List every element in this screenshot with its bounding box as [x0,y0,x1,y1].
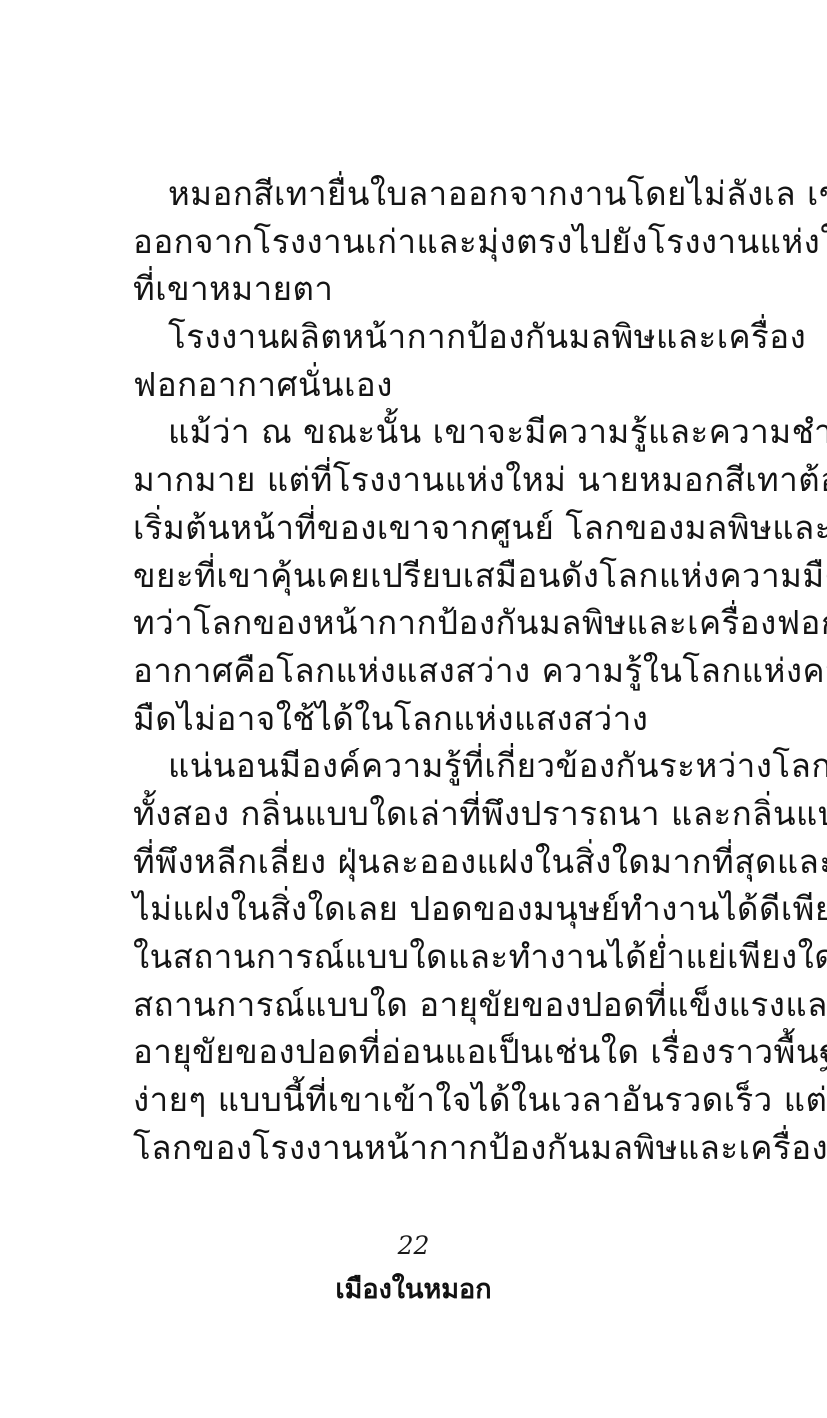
text-line: สถานการณ์แบบใด อายุขัยของปอดที่แข็งแรงแล… [133,981,703,1029]
text-line: ในสถานการณ์แบบใดและทำงานได้ย่ำแย่เพียงใด… [133,933,703,981]
text-line: ทั้งสอง กลิ่นแบบใดเล่าที่พึงปรารถนา และก… [133,790,703,838]
book-page: หมอกสีเทายื่นใบลาออกจากงานโดยไม่ลังเล เข… [0,0,827,1418]
text-line: มืดไม่อาจใช้ได้ในโลกแห่งแสงสว่าง [133,695,703,743]
paragraph: แม้ว่า ณ ขณะนั้น เขาจะมีความรู้และความชำ… [133,408,703,742]
text-line: โลกของโรงงานหน้ากากป้องกันมลพิษและเครื่อ… [133,1124,703,1172]
text-line: แน่นอนมีองค์ความรู้ที่เกี่ยวข้องกันระหว่… [133,742,703,790]
book-title: เมืองในหมอก [0,1267,827,1310]
paragraph: โรงงานผลิตหน้ากากป้องกันมลพิษและเครื่อง … [133,313,703,408]
text-line: อายุขัยของปอดที่อ่อนแอเป็นเช่นใด เรื่องร… [133,1028,703,1076]
text-line: มากมาย แต่ที่โรงงานแห่งใหม่ นายหมอกสีเทา… [133,456,703,504]
text-line: ไม่แฝงในสิ่งใดเลย ปอดของมนุษย์ทำงานได้ดี… [133,885,703,933]
page-text: หมอกสีเทายื่นใบลาออกจากงานโดยไม่ลังเล เข… [133,170,703,1171]
text-line: ฟอกอากาศนั่นเอง [133,361,703,409]
paragraph: แน่นอนมีองค์ความรู้ที่เกี่ยวข้องกันระหว่… [133,742,703,1171]
text-line: ที่พึงหลีกเลี่ยง ฝุ่นละอองแฝงในสิ่งใดมาก… [133,838,703,886]
text-line: เริ่มต้นหน้าที่ของเขาจากศูนย์ โลกของมลพิ… [133,504,703,552]
text-line: ทว่าโลกของหน้ากากป้องกันมลพิษและเครื่องฟ… [133,599,703,647]
text-line: อากาศคือโลกแห่งแสงสว่าง ความรู้ในโลกแห่ง… [133,647,703,695]
text-line: แม้ว่า ณ ขณะนั้น เขาจะมีความรู้และความชำ… [133,408,703,456]
text-line: หมอกสีเทายื่นใบลาออกจากงานโดยไม่ลังเล เข… [133,170,703,218]
text-line: ง่ายๆ แบบนี้ที่เขาเข้าใจได้ในเวลาอันรวดเ… [133,1076,703,1124]
text-line: โรงงานผลิตหน้ากากป้องกันมลพิษและเครื่อง [133,313,703,361]
text-line: ขยะที่เขาคุ้นเคยเปรียบเสมือนดังโลกแห่งคว… [133,552,703,600]
text-line: ที่เขาหมายตา [133,265,703,313]
text-line: ออกจากโรงงานเก่าและมุ่งตรงไปยังโรงงานแห่… [133,218,703,266]
page-number: 22 [0,1231,827,1260]
paragraph: หมอกสีเทายื่นใบลาออกจากงานโดยไม่ลังเล เข… [133,170,703,313]
